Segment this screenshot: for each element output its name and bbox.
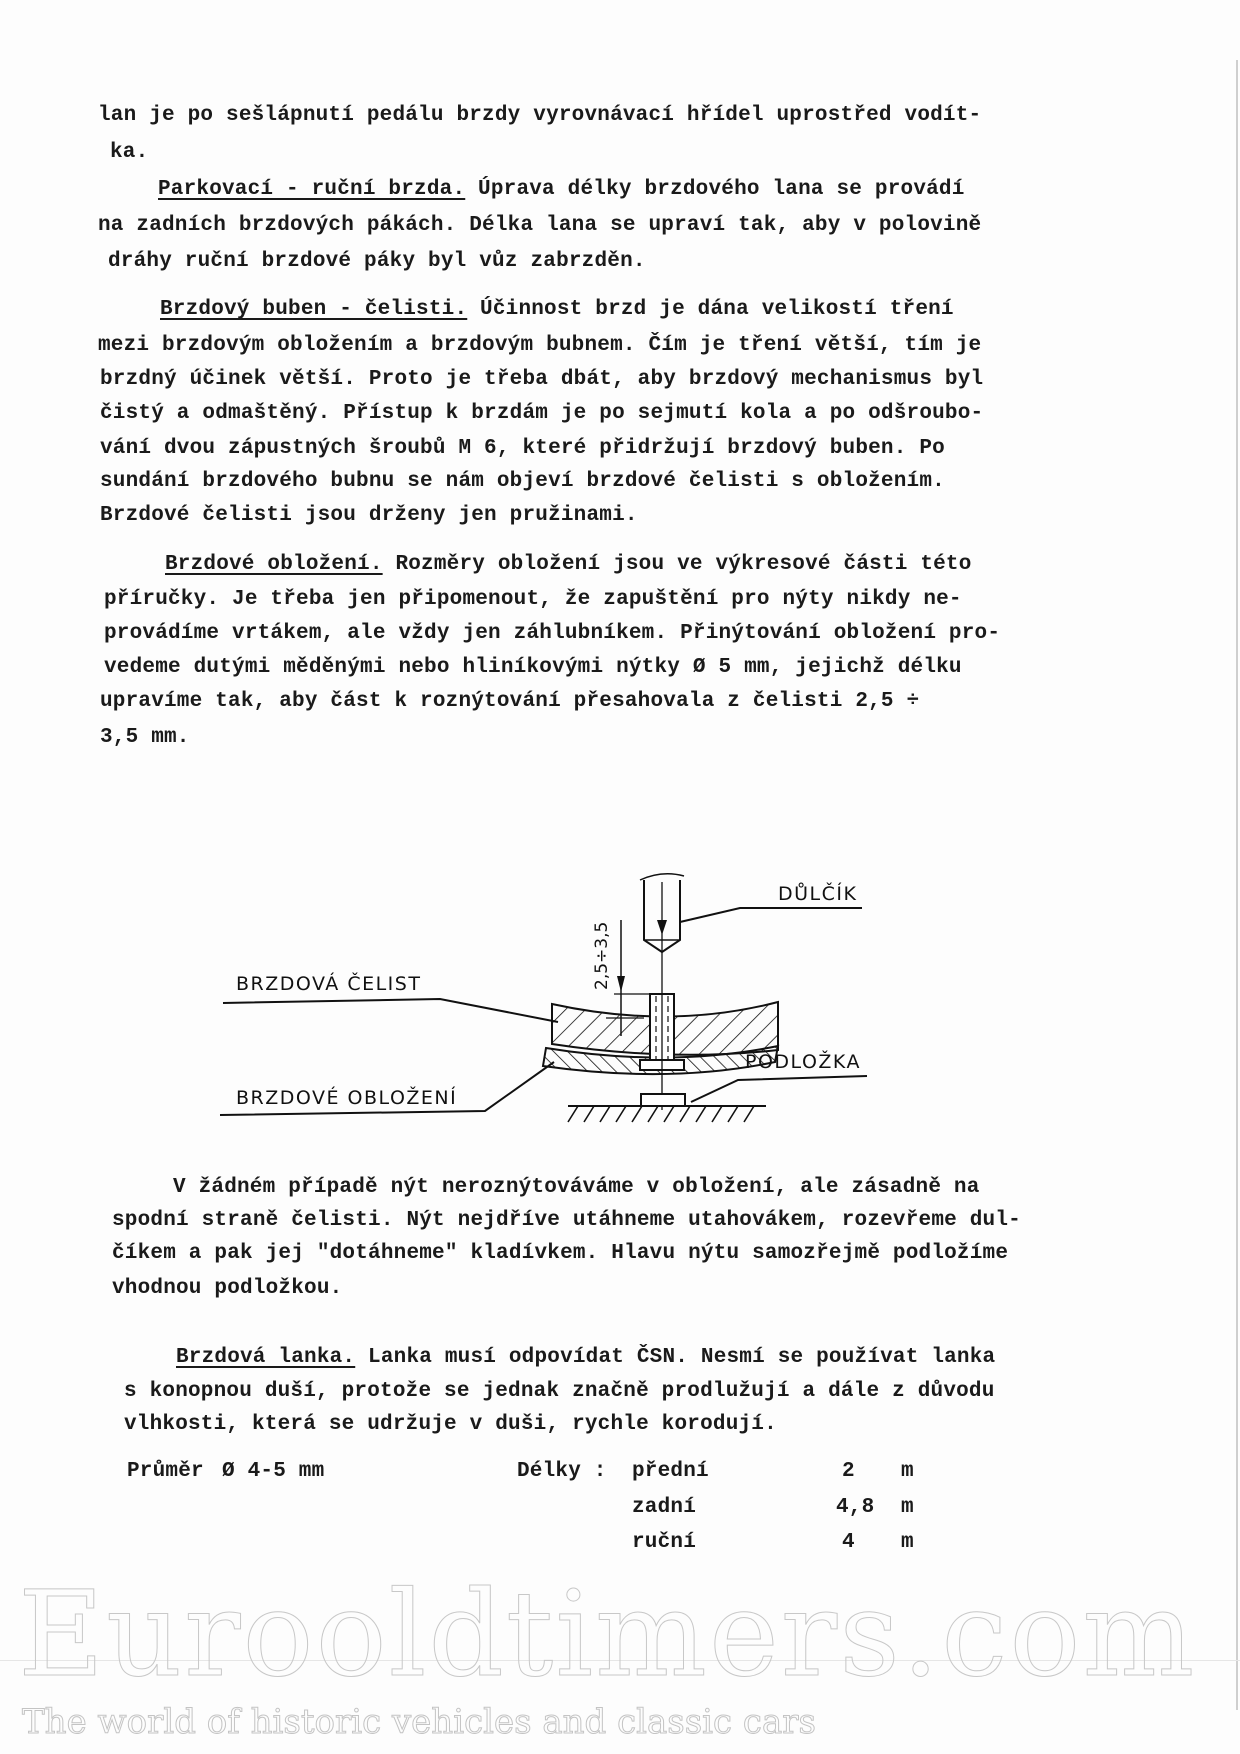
text-line: sundání brzdového bubnu se nám objeví br…: [100, 470, 945, 493]
dimension-label: 2,5÷3,5: [592, 922, 612, 990]
text-line: vání dvou zápustných šroubů M 6, které p…: [100, 437, 945, 460]
washer-anvil-shape: [568, 1094, 766, 1122]
text-line: na zadních brzdových pákách. Délka lana …: [98, 214, 981, 237]
text-line: ka.: [110, 141, 148, 164]
section-parkovaci: Parkovací - ruční brzda. Úprava délky br…: [158, 178, 965, 201]
text-line: upravíme tak, aby část k roznýtování pře…: [100, 690, 919, 713]
spec-row-name: přední: [632, 1460, 709, 1483]
text-line: vhodnou podložkou.: [112, 1277, 342, 1300]
section-lanka: Brzdová lanka. Lanka musí odpovídat ČSN.…: [176, 1346, 995, 1369]
text-line: číkem a pak jej "dotáhneme" kladívkem. H…: [112, 1242, 1008, 1265]
text-line: čistý a odmaštěný. Přístup k brzdám je p…: [100, 402, 983, 425]
scan-edge: [1236, 60, 1238, 1710]
riveting-diagram: 2,5÷3,5 DŮLČÍK BRZDOVÁ ČELIST BRZDOVÉ OB…: [200, 840, 1000, 1140]
text-span: Úprava délky brzdového lana se provádí: [465, 178, 964, 201]
section-heading: Parkovací - ruční brzda.: [158, 178, 465, 201]
text-span: Lanka musí odpovídat ČSN. Nesmí se použí…: [355, 1346, 995, 1369]
section-heading: Brzdová lanka.: [176, 1346, 355, 1369]
spec-row-name: ruční: [632, 1531, 696, 1554]
text-span: Rozměry obložení jsou ve výkresové části…: [383, 553, 972, 576]
section-heading: Brzdový buben - čelisti.: [160, 298, 467, 321]
spec-lengths-label: Délky :: [517, 1460, 607, 1483]
spec-row-unit: m: [901, 1531, 914, 1554]
section-oblozeni: Brzdové obložení. Rozměry obložení jsou …: [165, 553, 972, 576]
label-washer: PODLOŽKA: [745, 1050, 861, 1073]
text-span: Účinnost brzd je dána velikostí tření: [467, 298, 953, 321]
text-line: provádíme vrtákem, ale vždy jen záhlubní…: [104, 622, 1000, 645]
typed-text: lan je po sešlápnutí pedálu brzdy vyrovn…: [0, 0, 51, 1104]
label-brake-lining: BRZDOVÉ OBLOŽENÍ: [236, 1086, 457, 1109]
text-line: příručky. Je třeba jen připomenout, že z…: [104, 588, 962, 611]
text-line: s konopnou duší, protože se jednak značn…: [124, 1380, 995, 1403]
watermark-tagline: The world of historic vehicles and class…: [22, 1702, 816, 1742]
text-line: lan je po sešlápnutí pedálu brzdy vyrovn…: [98, 104, 981, 127]
spec-row-value: 4,8: [836, 1496, 874, 1519]
text-line: brzdný účinek větší. Proto je třeba dbát…: [100, 368, 983, 391]
label-brake-shoe: BRZDOVÁ ČELIST: [236, 971, 421, 995]
watermark-brand: Eurooldtimers.com: [18, 1565, 1196, 1703]
scanned-page: lan je po sešlápnutí pedálu brzdy vyrovn…: [0, 0, 1240, 1754]
section-heading: Brzdové obložení.: [165, 553, 383, 576]
spec-row-name: zadní: [632, 1496, 696, 1519]
text-line: mezi brzdovým obložením a brzdovým bubne…: [98, 334, 981, 357]
text-line: dráhy ruční brzdové páky byl vůz zabrzdě…: [108, 250, 646, 273]
spec-row-value: 2: [842, 1460, 855, 1483]
text-line: vedeme dutými měděnými nebo hliníkovými …: [104, 656, 962, 679]
spec-row-value: 4: [842, 1531, 855, 1554]
spec-row-unit: m: [901, 1496, 914, 1519]
spec-diameter-label: Průměr: [127, 1460, 204, 1483]
spec-row-unit: m: [901, 1460, 914, 1483]
text-line: 3,5 mm.: [100, 726, 190, 749]
text-line: vlhkosti, která se udržuje v duši, rychl…: [124, 1413, 777, 1436]
text-line: spodní straně čelisti. Nýt nejdříve utáh…: [112, 1209, 1021, 1232]
section-buben: Brzdový buben - čelisti. Účinnost brzd j…: [160, 298, 954, 321]
spec-diameter-value: Ø 4-5 mm: [222, 1460, 324, 1483]
label-punch: DŮLČÍK: [778, 881, 857, 905]
text-line: Brzdové čelisti jsou drženy jen pružinam…: [100, 504, 638, 527]
text-line: V žádném případě nýt neroznýtováváme v o…: [173, 1176, 980, 1199]
